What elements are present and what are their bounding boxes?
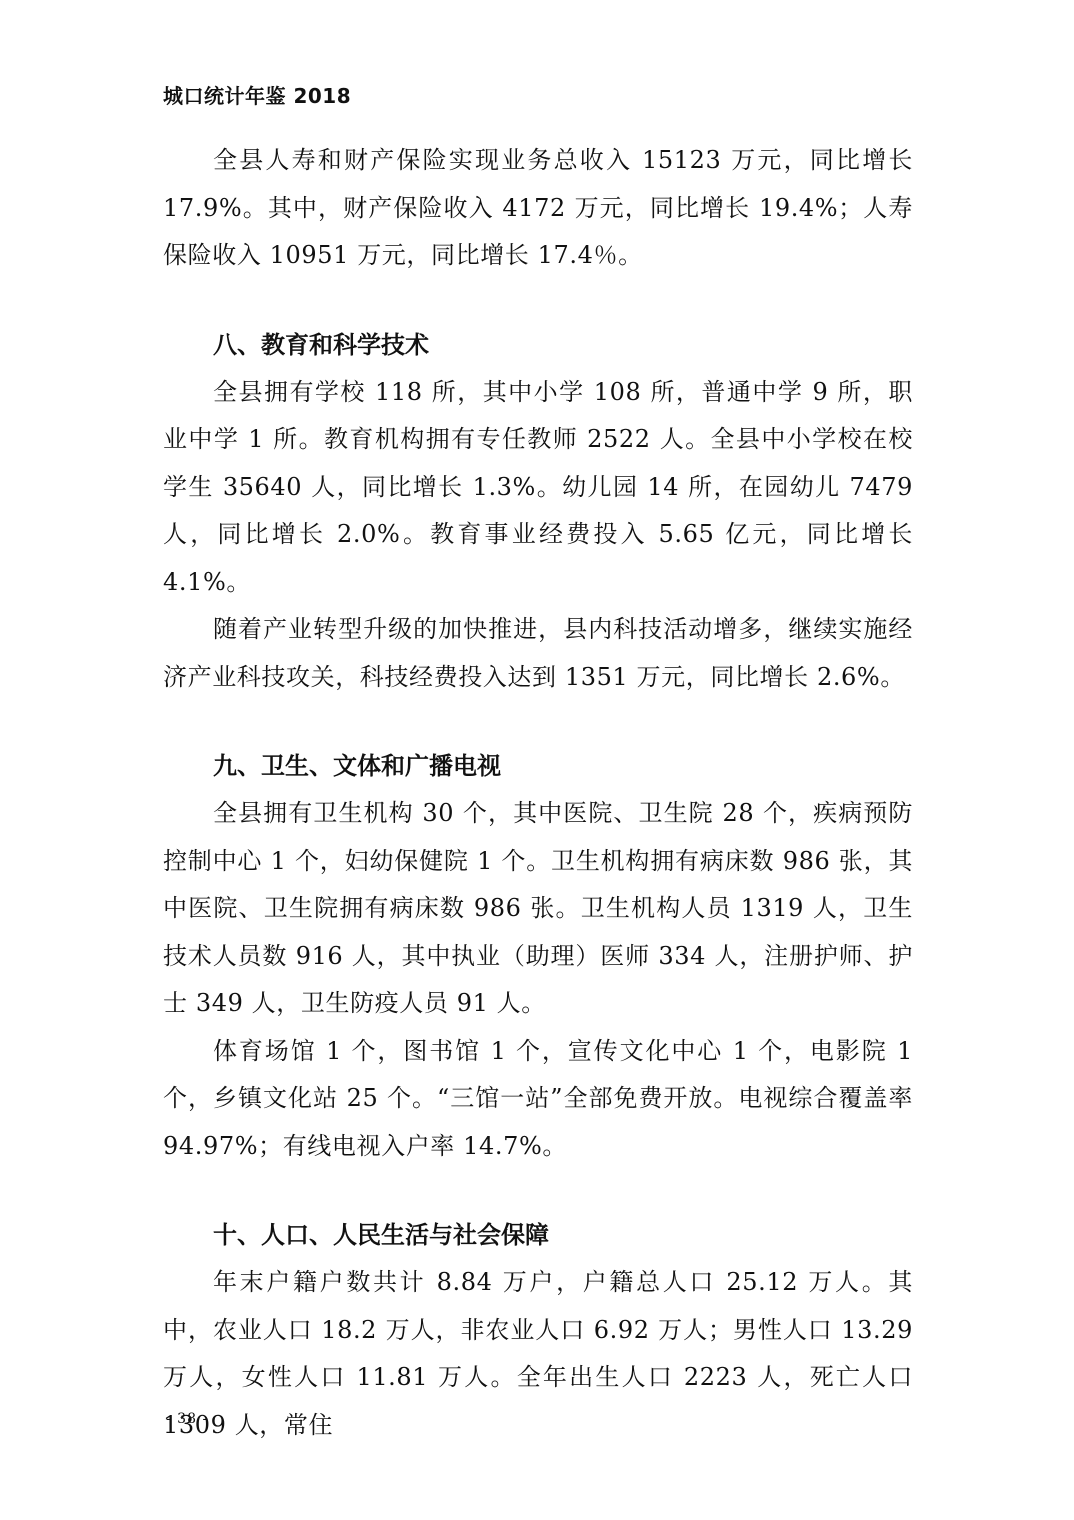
section-heading: 十、人口、人民生活与社会保障 <box>163 1212 913 1259</box>
paragraph: 年末户籍户数共计 8.84 万户，户籍总人口 25.12 万人。其中，农业人口 … <box>163 1259 913 1449</box>
paragraph-insurance: 全县人寿和财产保险实现业务总收入 15123 万元，同比增长 17.9%。其中，… <box>163 137 913 280</box>
section-population-social-security: 十、人口、人民生活与社会保障 年末户籍户数共计 8.84 万户，户籍总人口 25… <box>163 1212 913 1449</box>
section-health-culture-broadcasting: 九、卫生、文体和广播电视 全县拥有卫生机构 30 个，其中医院、卫生院 28 个… <box>163 743 913 1170</box>
page-number: - 38 - <box>166 1411 208 1427</box>
section-education-science: 八、教育和科学技术 全县拥有学校 118 所，其中小学 108 所，普通中学 9… <box>163 322 913 702</box>
section-heading: 九、卫生、文体和广播电视 <box>163 743 913 790</box>
paragraph: 体育场馆 1 个，图书馆 1 个，宣传文化中心 1 个，电影院 1 个，乡镇文化… <box>163 1028 913 1171</box>
section-heading: 八、教育和科学技术 <box>163 322 913 369</box>
running-head: 城口统计年鉴 2018 <box>163 80 351 109</box>
paragraph: 全县拥有卫生机构 30 个，其中医院、卫生院 28 个，疾病预防控制中心 1 个… <box>163 790 913 1028</box>
page-body: 全县人寿和财产保险实现业务总收入 15123 万元，同比增长 17.9%。其中，… <box>163 137 913 1449</box>
paragraph: 全县拥有学校 118 所，其中小学 108 所，普通中学 9 所，职业中学 1 … <box>163 369 913 607</box>
paragraph: 随着产业转型升级的加快推进，县内科技活动增多，继续实施经济产业科技攻关，科技经费… <box>163 606 913 701</box>
